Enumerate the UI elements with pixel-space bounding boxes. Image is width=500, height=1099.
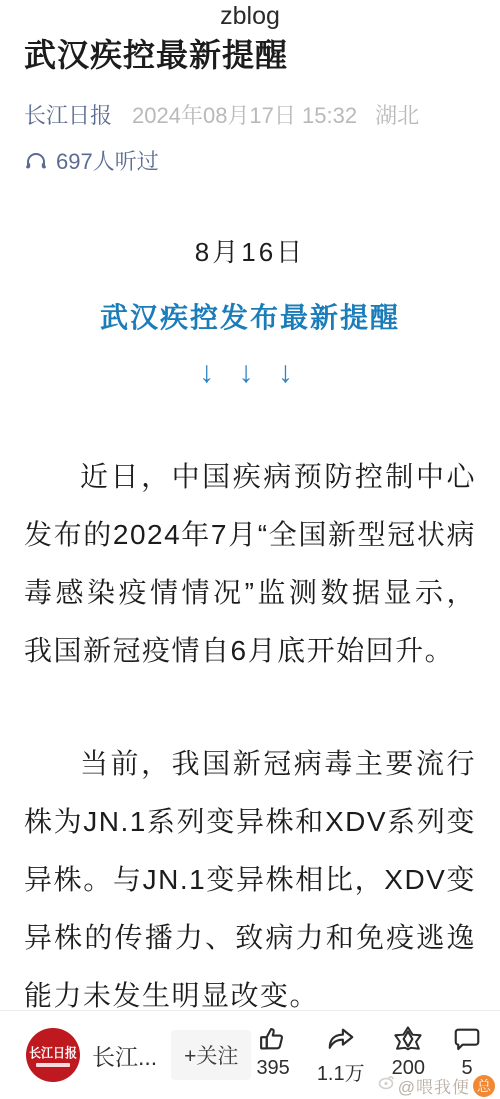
share-button[interactable]: 1.1万: [317, 1024, 365, 1086]
logo-bar: [36, 1063, 70, 1067]
down-arrows-icon: ↓ ↓ ↓: [0, 356, 500, 390]
like-count: 395: [256, 1057, 289, 1080]
logo-text: 长江日报: [29, 1043, 77, 1062]
paragraph: 当前，我国新冠病毒主要流行株为JN.1系列变异株和XDV系列变异株。与JN.1变…: [0, 735, 500, 1025]
follow-button[interactable]: +关注: [171, 1030, 251, 1080]
account-name[interactable]: 长江...: [92, 1039, 157, 1072]
listen-count: 697人听过: [56, 145, 159, 176]
like-button[interactable]: 395: [256, 1024, 289, 1080]
bottom-bar: 长江日报 长江... +关注 395: [0, 1010, 500, 1099]
site-header: zblog: [0, 0, 500, 31]
action-group: 395 1.1万 200: [256, 1024, 482, 1086]
headphone-icon: [24, 149, 56, 173]
article-title: 武汉疾控最新提醒: [0, 35, 500, 75]
paragraph: 近日，中国疾病预防控制中心发布的2024年7月“全国新型冠状病毒感染疫情情况”监…: [0, 448, 500, 680]
comment-icon: [452, 1024, 482, 1054]
share-icon: [326, 1024, 356, 1054]
publish-time: 2024年08月17日 15:32: [132, 99, 357, 130]
source-link[interactable]: 长江日报: [24, 99, 112, 130]
article-page: zblog 武汉疾控最新提醒 长江日报 2024年08月17日 15:32 湖北…: [0, 0, 500, 1099]
publish-region: 湖北: [375, 99, 419, 130]
date-line: 8月16日: [0, 232, 500, 269]
highlight-line: 武汉疾控发布最新提醒: [0, 296, 500, 336]
badge-button[interactable]: 200: [392, 1024, 425, 1080]
byline: 长江日报 2024年08月17日 15:32 湖北: [0, 99, 500, 130]
changjiang-daily-logo[interactable]: 长江日报: [26, 1028, 80, 1082]
comment-button[interactable]: 5: [452, 1024, 482, 1080]
share-count: 1.1万: [317, 1057, 365, 1086]
site-title: zblog: [220, 2, 280, 30]
listen-button[interactable]: 697人听过: [0, 145, 500, 176]
thumbs-up-icon: [258, 1024, 288, 1054]
comment-count: 5: [461, 1057, 472, 1080]
badge-count: 200: [392, 1057, 425, 1080]
flower-badge-icon: [393, 1024, 423, 1054]
